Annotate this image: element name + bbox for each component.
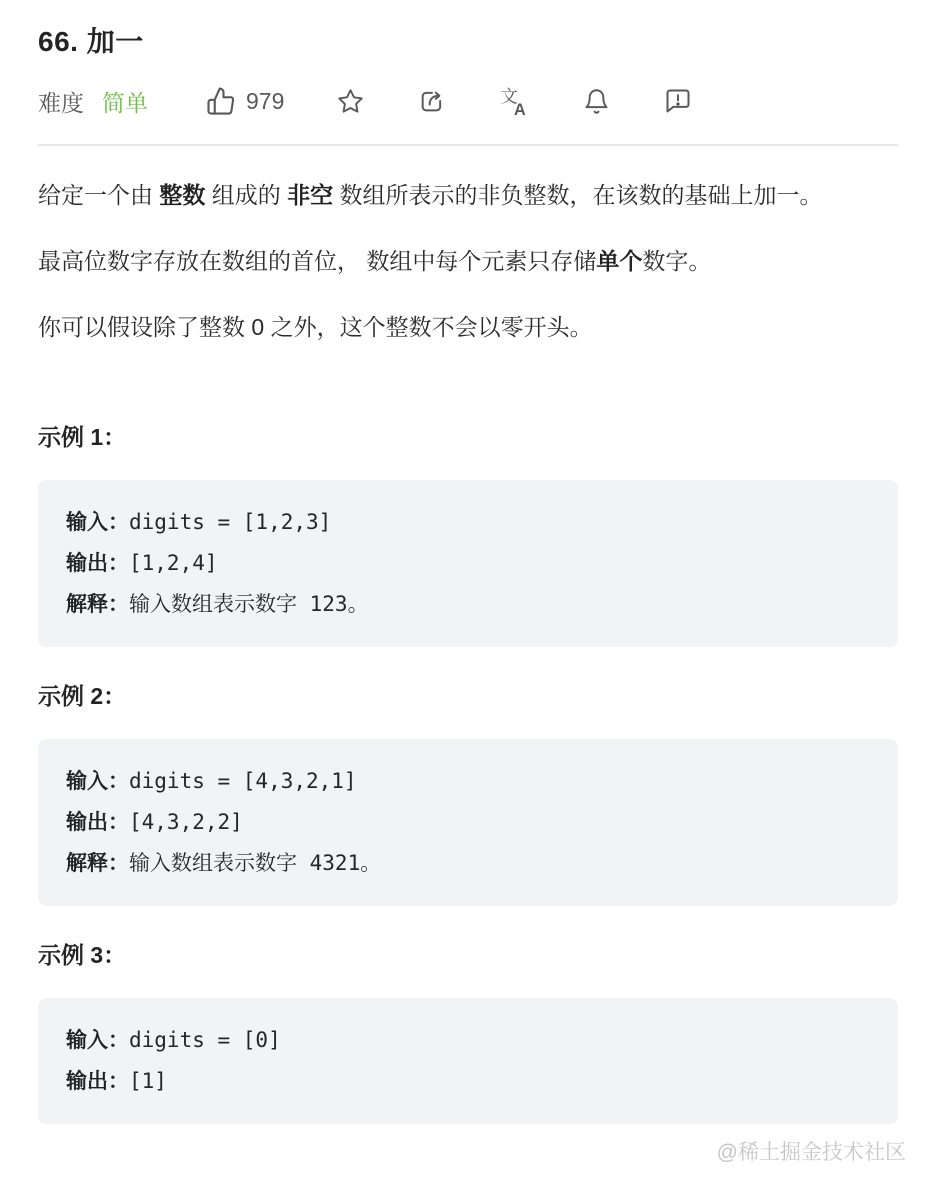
divider bbox=[38, 144, 898, 146]
code-text: [1,2,4] bbox=[129, 551, 218, 575]
star-icon bbox=[337, 88, 364, 115]
like-count: 979 bbox=[246, 88, 284, 115]
translate-icon: 文 A bbox=[499, 86, 529, 116]
code-line: 输出：[4,3,2,2] bbox=[66, 802, 870, 843]
code-line: 输入：digits = [4,3,2,1] bbox=[66, 761, 870, 802]
output-label: 输出： bbox=[66, 811, 129, 834]
thumbs-up-icon bbox=[206, 86, 236, 116]
code-line: 解释：输入数组表示数字 123。 bbox=[66, 584, 870, 625]
notification-button[interactable] bbox=[580, 85, 612, 117]
watermark: @稀土掘金技术社区 bbox=[717, 1136, 906, 1166]
code-text: 输入数组表示数字 4321。 bbox=[129, 851, 381, 875]
explanation-label: 解释： bbox=[66, 593, 129, 616]
output-label: 输出： bbox=[66, 1070, 129, 1093]
bell-icon bbox=[583, 88, 610, 115]
favorite-button[interactable] bbox=[334, 85, 366, 117]
example-2-heading: 示例 2： bbox=[38, 681, 898, 711]
code-text: [1] bbox=[129, 1069, 167, 1093]
example-2-code-block: 输入：digits = [4,3,2,1] 输出：[4,3,2,2] 解释：输入… bbox=[38, 739, 898, 906]
input-label: 输入： bbox=[66, 770, 129, 793]
page-title: 66. 加一 bbox=[38, 20, 898, 60]
explanation-label: 解释： bbox=[66, 852, 129, 875]
difficulty-label: 难度 bbox=[38, 85, 84, 118]
code-text: digits = [1,2,3] bbox=[129, 510, 331, 534]
description-paragraph-3: 你可以假设除了整数 0 之外，这个整数不会以零开头。 bbox=[38, 308, 898, 346]
feedback-button[interactable] bbox=[662, 85, 694, 117]
problem-description: 给定一个由 整数 组成的 非空 数组所表示的非负整数，在该数的基础上加一。 最高… bbox=[38, 176, 898, 346]
code-text: digits = [4,3,2,1] bbox=[129, 769, 357, 793]
problem-page: 66. 加一 难度 简单 979 bbox=[0, 20, 930, 1124]
example-3-heading: 示例 3： bbox=[38, 940, 898, 970]
input-label: 输入： bbox=[66, 1029, 129, 1052]
code-line: 输入：digits = [0] bbox=[66, 1020, 870, 1061]
code-text: 输入数组表示数字 123。 bbox=[129, 592, 369, 616]
code-line: 解释：输入数组表示数字 4321。 bbox=[66, 843, 870, 884]
translate-button[interactable]: 文 A bbox=[498, 85, 530, 117]
svg-text:A: A bbox=[514, 101, 526, 116]
code-text: [4,3,2,2] bbox=[129, 810, 243, 834]
difficulty-badge: 简单 bbox=[102, 85, 148, 118]
share-icon bbox=[418, 87, 446, 115]
example-1-code-block: 输入：digits = [1,2,3] 输出：[1,2,4] 解释：输入数组表示… bbox=[38, 480, 898, 647]
output-label: 输出： bbox=[66, 552, 129, 575]
share-button[interactable] bbox=[416, 85, 448, 117]
description-paragraph-2: 最高位数字存放在数组的首位， 数组中每个元素只存储单个数字。 bbox=[38, 242, 898, 280]
input-label: 输入： bbox=[66, 511, 129, 534]
like-button[interactable]: 979 bbox=[206, 86, 284, 116]
example-3-code-block: 输入：digits = [0] 输出：[1] bbox=[38, 998, 898, 1124]
code-line: 输出：[1] bbox=[66, 1061, 870, 1102]
feedback-icon bbox=[664, 87, 692, 115]
description-paragraph-1: 给定一个由 整数 组成的 非空 数组所表示的非负整数，在该数的基础上加一。 bbox=[38, 176, 898, 214]
meta-row: 难度 简单 979 bbox=[38, 84, 898, 118]
example-1-heading: 示例 1： bbox=[38, 422, 898, 452]
code-line: 输出：[1,2,4] bbox=[66, 543, 870, 584]
code-text: digits = [0] bbox=[129, 1028, 281, 1052]
code-line: 输入：digits = [1,2,3] bbox=[66, 502, 870, 543]
